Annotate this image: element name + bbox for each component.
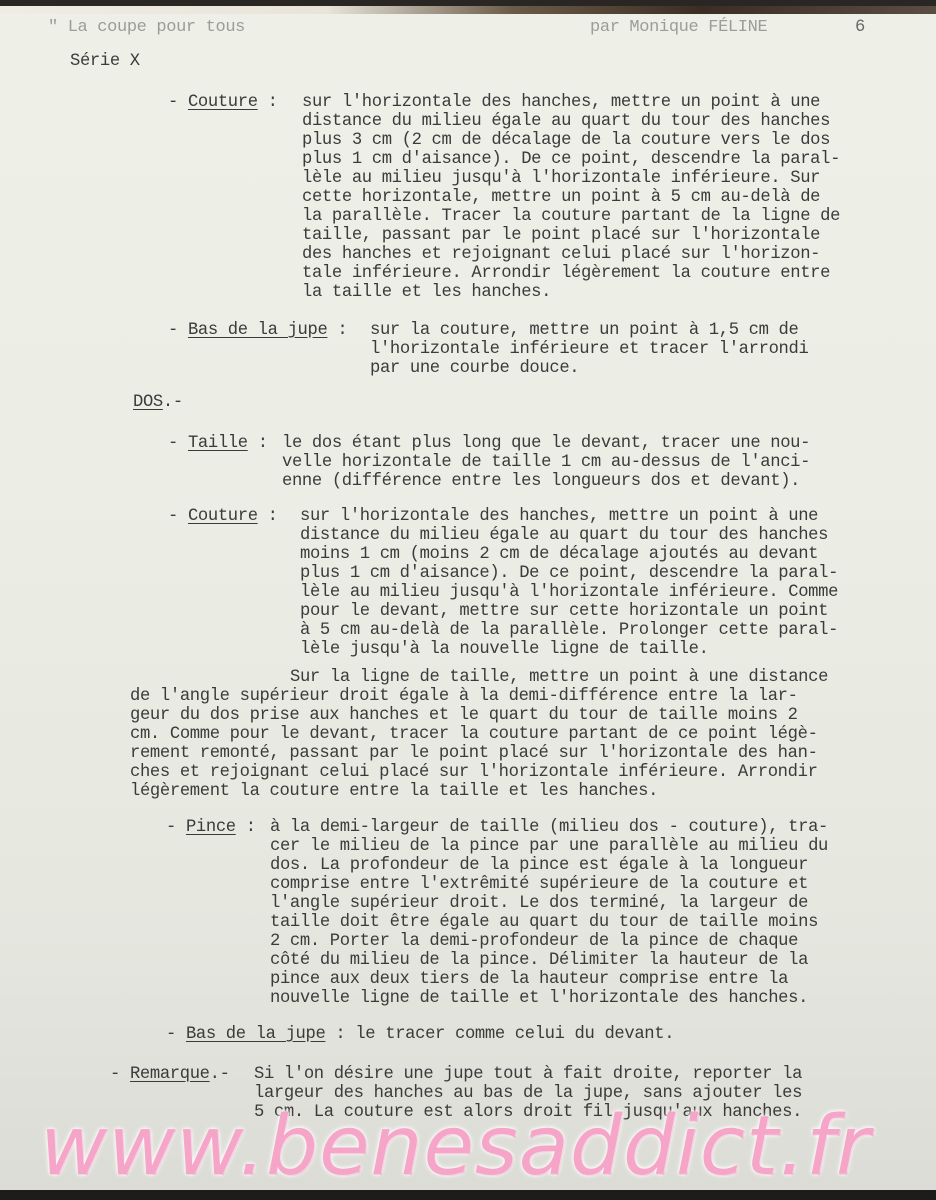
dos-pince-line: taille doit être égale au quart du tour … (270, 913, 818, 932)
header-title: " La coupe pour tous (48, 18, 245, 37)
dos-taille-line: velle horizontale de taille 1 cm au-dess… (282, 453, 810, 472)
devant-couture-line: distance du milieu égale au quart du tou… (302, 112, 830, 131)
dos-heading: DOS.- (133, 393, 183, 412)
devant-bas-line: l'horizontale inférieure et tracer l'arr… (370, 340, 808, 359)
dos-paragraph-line: de l'angle supérieur droit égale à la de… (130, 687, 798, 706)
dos-couture-line: à 5 cm au-delà de la parallèle. Prolonge… (300, 621, 838, 640)
dos-couture-line: moins 1 cm (moins 2 cm de décalage ajout… (300, 545, 818, 564)
devant-couture-line: lèle au milieu jusqu'à l'horizontale inf… (302, 169, 820, 188)
devant-bas-line: par une courbe douce. (370, 359, 579, 378)
watermark-text: www.benesaddict.fr (40, 1102, 871, 1192)
devant-couture-line: la taille et les hanches. (302, 283, 551, 302)
dos-couture-label: - Couture : (168, 507, 278, 526)
devant-couture-line: tale inférieure. Arrondir légèrement la … (302, 264, 830, 283)
dos-paragraph-line: Sur la ligne de taille, mettre un point … (290, 668, 828, 687)
dos-taille-line: le dos étant plus long que le devant, tr… (282, 434, 810, 453)
dos-couture-line: pour le devant, mettre sur cette horizon… (300, 602, 828, 621)
dos-paragraph-line: cm. Comme pour le devant, tracer la cout… (130, 725, 818, 744)
header-author: par Monique FÉLINE (590, 18, 767, 37)
devant-couture-line: la parallèle. Tracer la couture partant … (302, 207, 840, 226)
devant-couture-line: taille, passant par le point placé sur l… (302, 226, 820, 245)
dos-couture-line: lèle jusqu'à la nouvelle ligne de taille… (300, 640, 709, 659)
dos-paragraph-line: légèrement la couture entre la taille et… (130, 782, 658, 801)
dos-pince-line: pince aux deux tiers de la hauteur compr… (270, 970, 788, 989)
dos-paragraph-line: rement remonté, passant par le point pla… (130, 744, 818, 763)
devant-couture-line: sur l'horizontale des hanches, mettre un… (302, 93, 820, 112)
devant-couture-line: cette horizontale, mettre un point à 5 c… (302, 188, 820, 207)
dos-pince-line: 2 cm. Porter la demi-profondeur de la pi… (270, 932, 798, 951)
scan-top-edge (0, 6, 936, 14)
dos-pince-line: dos. La profondeur de la pince est égale… (270, 856, 808, 875)
devant-couture-line: des hanches et rejoignant celui placé su… (302, 245, 820, 264)
dos-taille-label: - Taille : (168, 434, 268, 453)
dos-couture-line: plus 1 cm d'aisance). De ce point, desce… (300, 564, 838, 583)
devant-couture-line: plus 1 cm d'aisance). De ce point, desce… (302, 150, 840, 169)
dos-couture-line: sur l'horizontale des hanches, mettre un… (300, 507, 818, 526)
remarque-line: Si l'on désire une jupe tout à fait droi… (254, 1065, 802, 1084)
dos-bas-label: - Bas de la jupe : le tracer comme celui… (166, 1025, 674, 1044)
devant-bas-line: sur la couture, mettre un point à 1,5 cm… (370, 321, 798, 340)
page-number: 6 (855, 18, 865, 37)
dos-pince-line: à la demi-largeur de taille (milieu dos … (270, 818, 828, 837)
devant-bas-label: - Bas de la jupe : (168, 321, 347, 340)
dos-taille-line: enne (différence entre les longueurs dos… (282, 472, 800, 491)
dos-pince-line: côté du milieu de la pince. Délimiter la… (270, 951, 808, 970)
dos-pince-label: - Pince : (166, 818, 256, 837)
dos-paragraph-line: ches et rejoignant celui placé sur l'hor… (130, 763, 818, 782)
dos-couture-line: lèle au milieu jusqu'à l'horizontale inf… (300, 583, 838, 602)
devant-couture-label: - Couture : (168, 93, 278, 112)
dos-pince-line: comprise entre l'extrêmité supérieure de… (270, 875, 808, 894)
dos-paragraph-line: geur du dos prise aux hanches et le quar… (130, 706, 798, 725)
dos-pince-line: cer le milieu de la pince par une parall… (270, 837, 828, 856)
devant-couture-line: plus 3 cm (2 cm de décalage de la coutur… (302, 131, 830, 150)
dos-pince-line: l'angle supérieur droit. Le dos terminé,… (270, 894, 808, 913)
dos-pince-line: nouvelle ligne de taille et l'horizontal… (270, 989, 808, 1008)
dos-couture-line: distance du milieu égale au quart du tou… (300, 526, 828, 545)
series-title: Série X (70, 52, 140, 71)
document-page: " La coupe pour tous par Monique FÉLINE … (0, 6, 936, 1192)
remarque-label: - Remarque.- (110, 1065, 230, 1084)
scan-bottom-edge (0, 1190, 936, 1200)
